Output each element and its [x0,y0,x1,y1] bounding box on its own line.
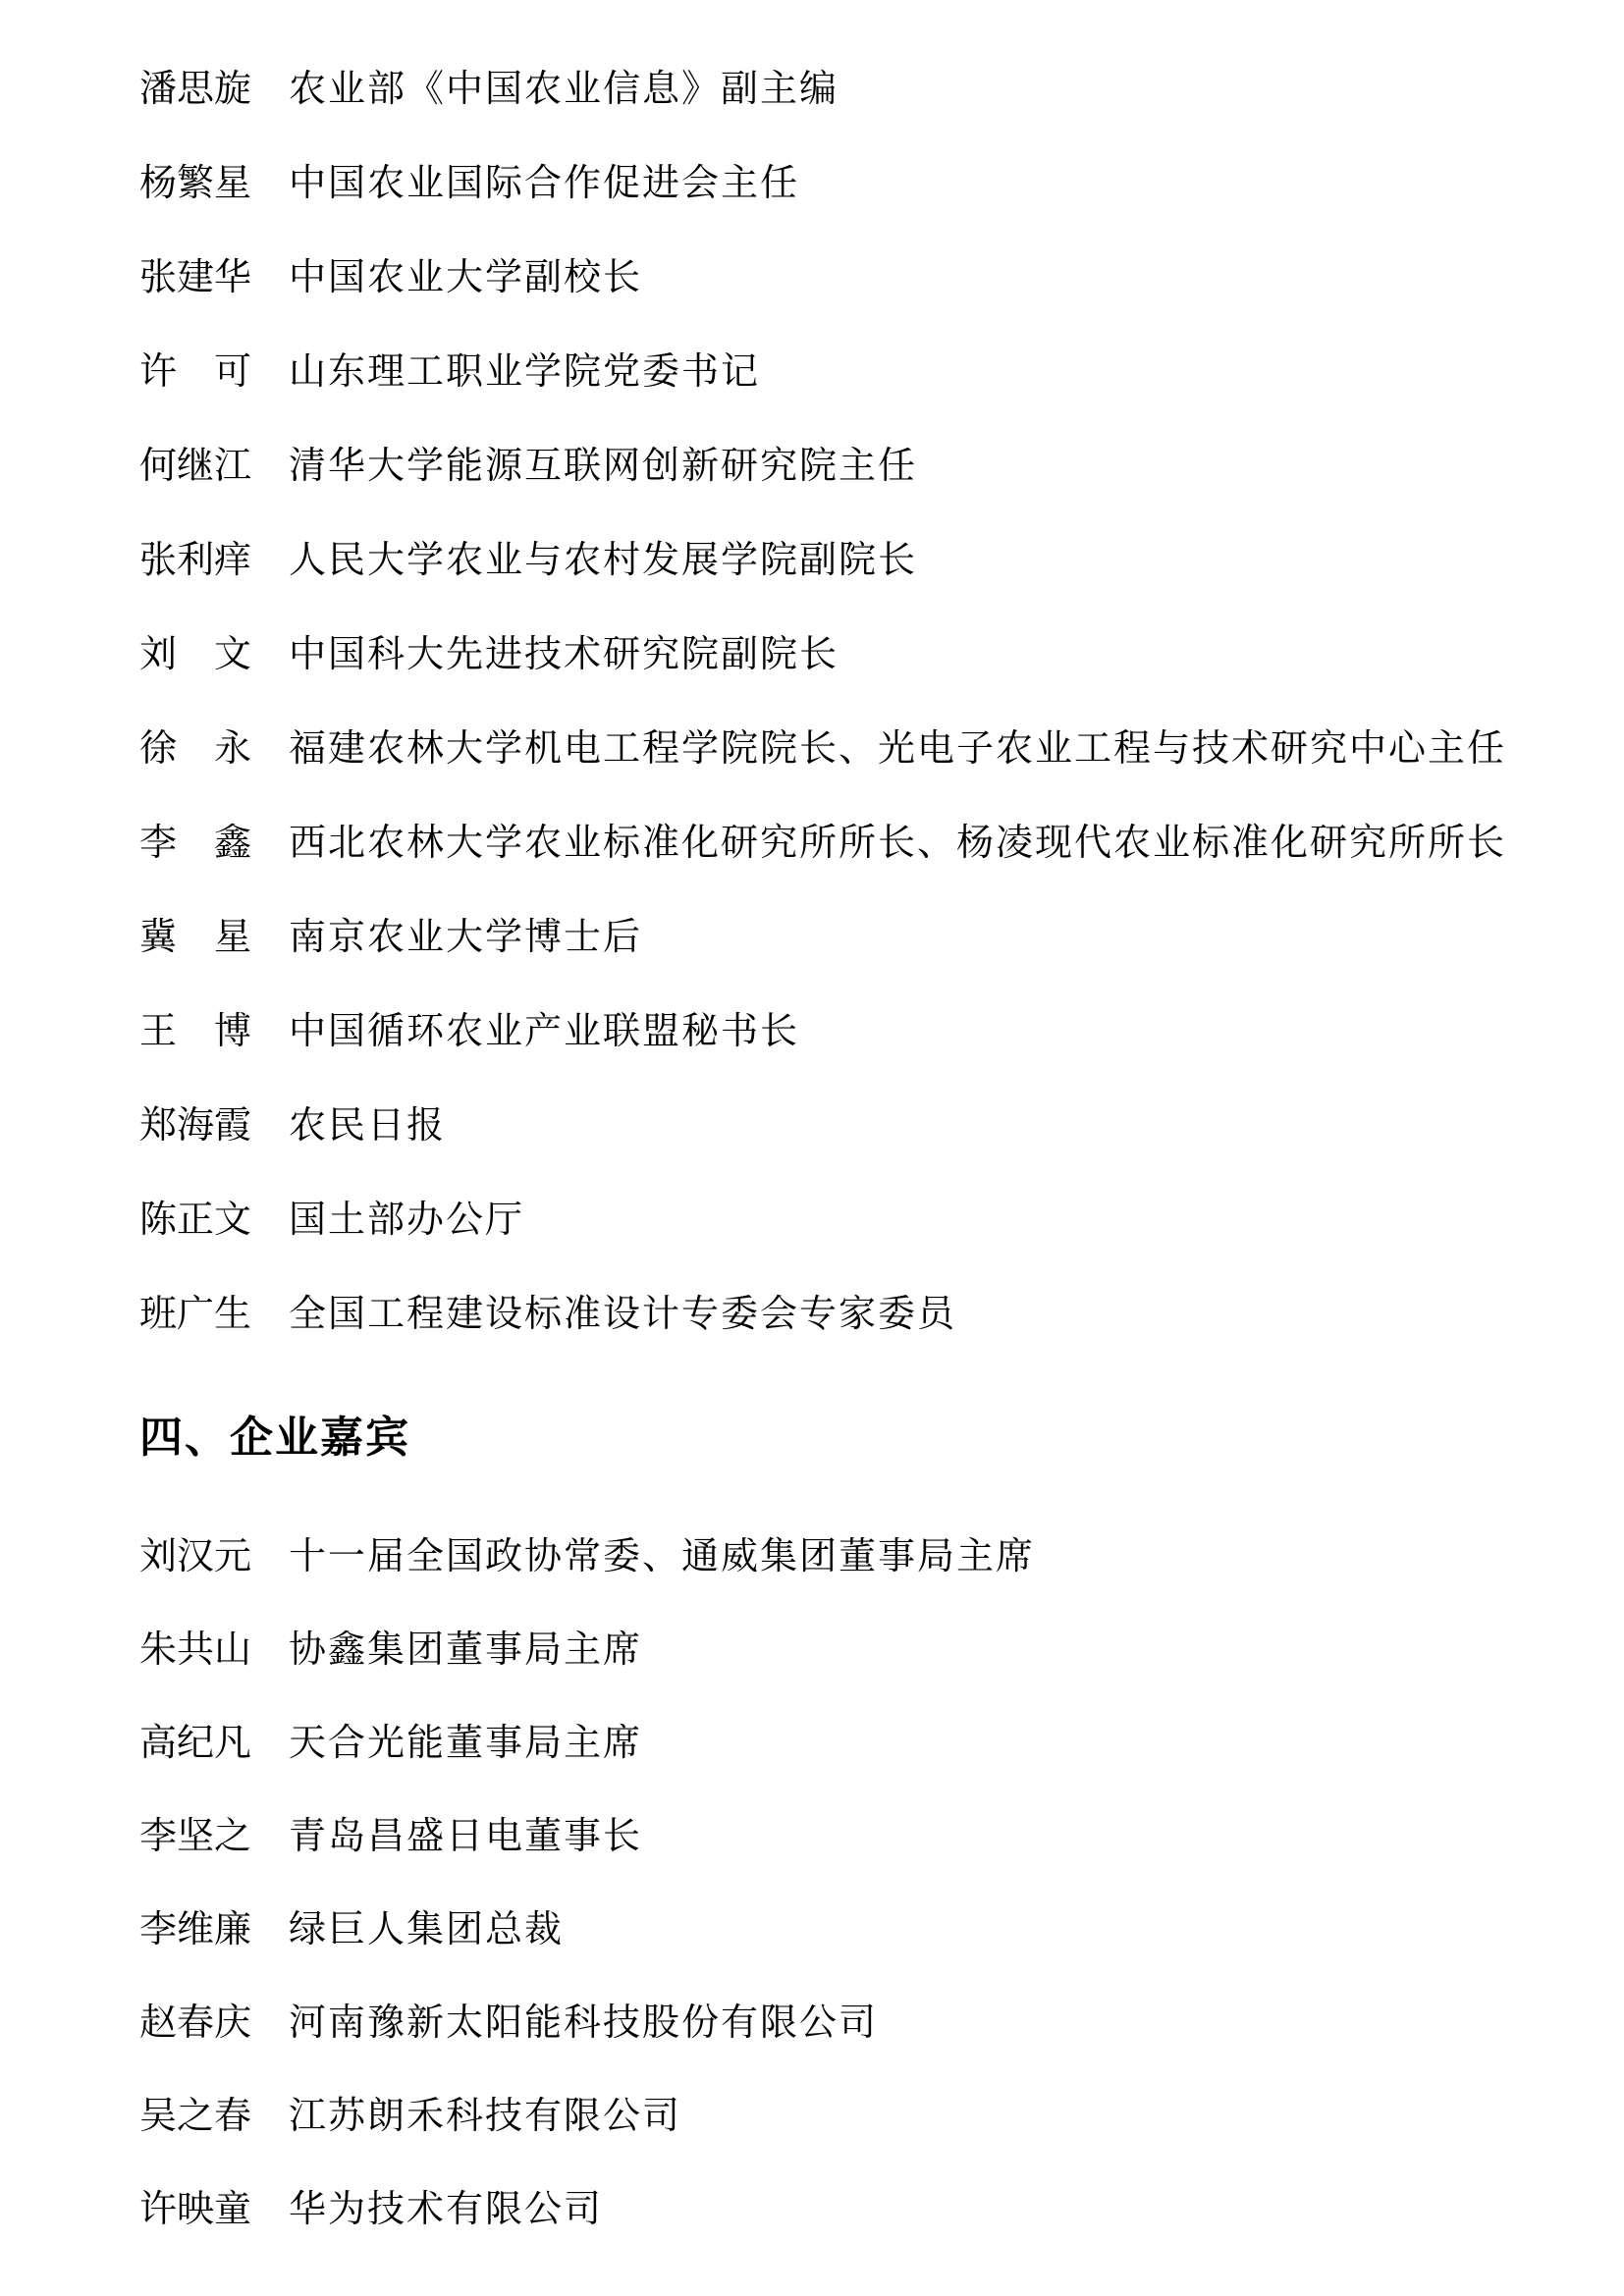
guest-title: 中国农业大学副校长 [289,259,642,296]
guest-title: 协鑫集团董事局主席 [289,1631,642,1669]
guest-row: 郑海霞 农民日报 [139,1107,1585,1201]
guest-row: 张建华 中国农业大学副校长 [139,259,1585,353]
guest-row: 许 可 山东理工职业学院党委书记 [139,353,1585,448]
guest-name: 刘汉元 [139,1538,289,1575]
guest-title: 人民大学农业与农村发展学院副院长 [289,542,917,579]
guest-row: 朱共山 协鑫集团董事局主席 [139,1631,1585,1725]
guest-name: 徐 永 [139,730,289,768]
guest-row: 徐 永 福建农林大学机电工程学院院长、光电子农业工程与技术研究中心主任 [139,730,1585,825]
guest-name: 朱共山 [139,1631,289,1669]
guest-row: 潘思旋 农业部《中国农业信息》副主编 [139,71,1585,165]
guest-name: 班广生 [139,1296,289,1333]
guest-name: 李坚之 [139,1818,289,1855]
guest-title: 农民日报 [289,1107,446,1145]
document-page: 潘思旋 农业部《中国农业信息》副主编 杨繁星 中国农业国际合作促进会主任 张建华… [0,0,1624,2296]
guest-title: 江苏朗禾科技有限公司 [289,2098,681,2135]
guest-title: 中国科大先进技术研究院副院长 [289,636,839,673]
guest-row: 刘汉元 十一届全国政协常委、通威集团董事局主席 [139,1538,1585,1631]
guest-name: 潘思旋 [139,71,289,108]
guest-row: 杨繁星 中国农业国际合作促进会主任 [139,165,1585,259]
guest-title: 绿巨人集团总裁 [289,1911,564,1949]
guest-title: 十一届全国政协常委、通威集团董事局主席 [289,1538,1035,1575]
guest-title: 福建农林大学机电工程学院院长、光电子农业工程与技术研究中心主任 [289,730,1506,768]
guest-name: 李 鑫 [139,825,289,862]
guest-name: 许 可 [139,353,289,391]
guest-title: 青岛昌盛日电董事长 [289,1818,642,1855]
guest-list: 潘思旋 农业部《中国农业信息》副主编 杨繁星 中国农业国际合作促进会主任 张建华… [0,0,1624,2284]
guest-title: 清华大学能源互联网创新研究院主任 [289,448,917,485]
guest-row: 高纪凡 天合光能董事局主席 [139,1725,1585,1818]
guest-name: 刘 文 [139,636,289,673]
guest-name: 王 博 [139,1013,289,1050]
guest-title: 天合光能董事局主席 [289,1725,642,1762]
enterprise-guest-list: 刘汉元 十一届全国政协常委、通威集团董事局主席 朱共山 协鑫集团董事局主席 高纪… [139,1538,1585,2284]
guest-row: 李 鑫 西北农林大学农业标准化研究所所长、杨凌现代农业标准化研究所所长 [139,825,1585,919]
guest-name: 郑海霞 [139,1107,289,1145]
guest-name: 李维廉 [139,1911,289,1949]
guest-row: 王 博 中国循环农业产业联盟秘书长 [139,1013,1585,1107]
guest-row: 班广生 全国工程建设标准设计专委会专家委员 [139,1296,1585,1390]
guest-row: 何继江 清华大学能源互联网创新研究院主任 [139,448,1585,542]
guest-title: 全国工程建设标准设计专委会专家委员 [289,1296,956,1333]
section-header-enterprise-guests: 四、企业嘉宾 [139,1415,1585,1461]
guest-name: 赵春庆 [139,2004,289,2042]
guest-row: 冀 星 南京农业大学博士后 [139,919,1585,1013]
guest-name: 张利痒 [139,542,289,579]
guest-name: 陈正文 [139,1201,289,1239]
guest-name: 冀 星 [139,919,289,956]
guest-row: 张利痒 人民大学农业与农村发展学院副院长 [139,542,1585,636]
guest-title: 西北农林大学农业标准化研究所所长、杨凌现代农业标准化研究所所长 [289,825,1506,862]
guest-row: 许映童 华为技术有限公司 [139,2191,1585,2284]
guest-name: 许映童 [139,2191,289,2228]
guest-title: 华为技术有限公司 [289,2191,603,2228]
guest-row: 赵春庆 河南豫新太阳能科技股份有限公司 [139,2004,1585,2098]
guest-name: 杨繁星 [139,165,289,202]
guest-row: 刘 文 中国科大先进技术研究院副院长 [139,636,1585,730]
guest-name: 吴之春 [139,2098,289,2135]
guest-name: 张建华 [139,259,289,296]
guest-title: 农业部《中国农业信息》副主编 [289,71,839,108]
guest-title: 山东理工职业学院党委书记 [289,353,760,391]
guest-title: 中国循环农业产业联盟秘书长 [289,1013,799,1050]
guest-title: 河南豫新太阳能科技股份有限公司 [289,2004,878,2042]
guest-row: 陈正文 国土部办公厅 [139,1201,1585,1296]
guest-row: 李坚之 青岛昌盛日电董事长 [139,1818,1585,1911]
guest-row: 李维廉 绿巨人集团总裁 [139,1911,1585,2004]
guest-name: 高纪凡 [139,1725,289,1762]
guest-name: 何继江 [139,448,289,485]
guest-title: 中国农业国际合作促进会主任 [289,165,799,202]
guest-title: 南京农业大学博士后 [289,919,642,956]
guest-title: 国土部办公厅 [289,1201,524,1239]
guest-row: 吴之春 江苏朗禾科技有限公司 [139,2098,1585,2191]
